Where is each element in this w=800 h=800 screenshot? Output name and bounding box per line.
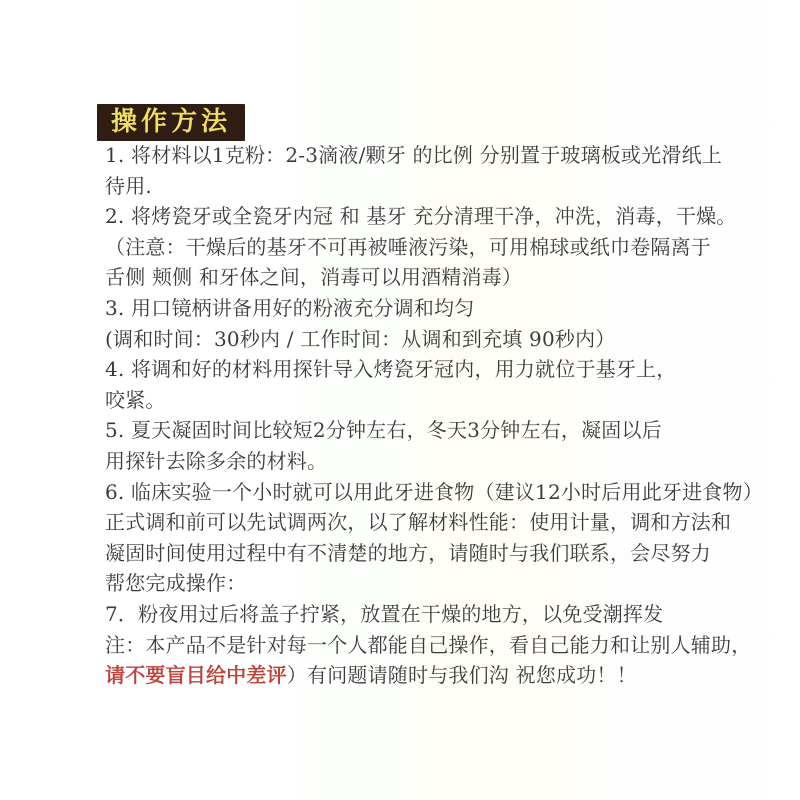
instruction-line: 舌侧 颊侧 和牙体之间，消毒可以用酒精消毒） xyxy=(105,262,765,293)
instruction-line: 5. 夏天凝固时间比较短2分钟左右，冬天3分钟左右，凝固以后 xyxy=(105,415,765,446)
instruction-sheet: 操作方法 1. 将材料以1克粉：2-3滴液/颗牙 的比例 分别置于玻璃板或光滑纸… xyxy=(0,0,800,800)
instruction-line: 咬紧。 xyxy=(105,385,765,416)
instruction-line: （注意：干燥后的基牙不可再被唾液污染，可用棉球或纸巾卷隔离于 xyxy=(105,232,765,263)
instruction-line: 帮您完成操作： xyxy=(105,568,765,599)
instruction-line: 4. 将调和好的材料用探针导入烤瓷牙冠内，用力就位于基牙上， xyxy=(105,354,765,385)
instruction-line: 1. 将材料以1克粉：2-3滴液/颗牙 的比例 分别置于玻璃板或光滑纸上 xyxy=(105,140,765,171)
instruction-line: 7．粉夜用过后将盖子拧紧，放置在干燥的地方，以免受潮挥发 xyxy=(105,599,765,630)
instruction-line: 3. 用口镜柄讲备用好的粉液充分调和均匀 xyxy=(105,293,765,324)
instruction-line: 2. 将烤瓷牙或全瓷牙内冠 和 基牙 充分清理干净，冲洗，消毒，干燥。 xyxy=(105,201,765,232)
instruction-line: 6. 临床实验一个小时就可以用此牙进食物（建议12小时后用此牙进食物） xyxy=(105,477,765,508)
instruction-line: 注：本产品不是针对每一个人都能自己操作，看自己能力和让别人辅助， xyxy=(105,630,765,661)
section-title-badge: 操作方法 xyxy=(97,104,245,141)
final-note-black-text: ）有问题请随时与我们沟 祝您成功！！ xyxy=(287,663,637,687)
instruction-line: 待用. xyxy=(105,171,765,202)
instructions-text-block: 1. 将材料以1克粉：2-3滴液/颗牙 的比例 分别置于玻璃板或光滑纸上 待用.… xyxy=(105,140,765,691)
instruction-line: 正式调和前可以先试调两次，以了解材料性能：使用计量，调和方法和 xyxy=(105,507,765,538)
instruction-line: 凝固时间使用过程中有不清楚的地方，请随时与我们联系，会尽努力 xyxy=(105,538,765,569)
warning-red-text: 请不要盲目给中差评 xyxy=(105,663,287,687)
instruction-line: (调和时间：30秒内 / 工作时间：从调和到充填 90秒内） xyxy=(105,324,765,355)
instruction-line: 用探针去除多余的材料。 xyxy=(105,446,765,477)
final-note-line: 请不要盲目给中差评）有问题请随时与我们沟 祝您成功！！ xyxy=(105,660,765,691)
